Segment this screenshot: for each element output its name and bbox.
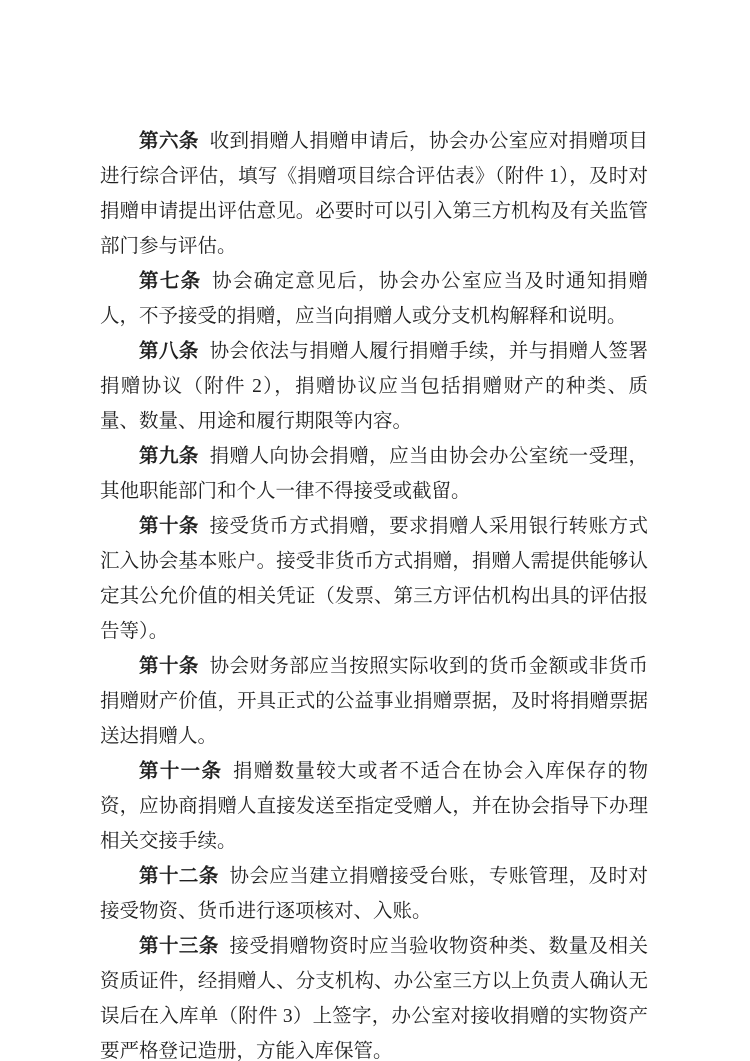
article-number: 第十一条 — [139, 761, 222, 782]
article-number: 第十条 — [139, 516, 199, 537]
article-paragraph: 第十条接受货币方式捐赠，要求捐赠人采用银行转账方式汇入协会基本账户。接受非货币方… — [100, 509, 648, 649]
article-number: 第七条 — [139, 271, 201, 292]
article-number: 第六条 — [139, 131, 199, 152]
article-paragraph: 第八条协会依法与捐赠人履行捐赠手续，并与捐赠人签署捐赠协议（附件 2），捐赠协议… — [100, 334, 648, 439]
document-text-block: 第六条收到捐赠人捐赠申请后，协会办公室应对捐赠项目进行综合评估，填写《捐赠项目综… — [0, 0, 750, 1061]
article-number: 第十条 — [139, 656, 199, 677]
article-paragraph: 第十三条接受捐赠物资时应当验收物资种类、数量及相关资质证件，经捐赠人、分支机构、… — [100, 929, 648, 1061]
article-number: 第八条 — [139, 341, 199, 362]
article-number: 第十二条 — [139, 866, 219, 887]
document-page: 第六条收到捐赠人捐赠申请后，协会办公室应对捐赠项目进行综合评估，填写《捐赠项目综… — [0, 0, 750, 1061]
article-paragraph: 第七条协会确定意见后，协会办公室应当及时通知捐赠人，不予接受的捐赠，应当向捐赠人… — [100, 264, 648, 334]
article-number: 第十三条 — [139, 936, 219, 957]
article-paragraph: 第十条协会财务部应当按照实际收到的货币金额或非货币捐赠财产价值，开具正式的公益事… — [100, 649, 648, 754]
article-number: 第九条 — [139, 446, 199, 467]
article-paragraph: 第六条收到捐赠人捐赠申请后，协会办公室应对捐赠项目进行综合评估，填写《捐赠项目综… — [100, 124, 648, 264]
article-paragraph: 第九条捐赠人向协会捐赠，应当由协会办公室统一受理，其他职能部门和个人一律不得接受… — [100, 439, 648, 509]
article-paragraph: 第十二条协会应当建立捐赠接受台账，专账管理，及时对接受物资、货币进行逐项核对、入… — [100, 859, 648, 929]
article-paragraph: 第十一条捐赠数量较大或者不适合在协会入库保存的物资，应协商捐赠人直接发送至指定受… — [100, 754, 648, 859]
